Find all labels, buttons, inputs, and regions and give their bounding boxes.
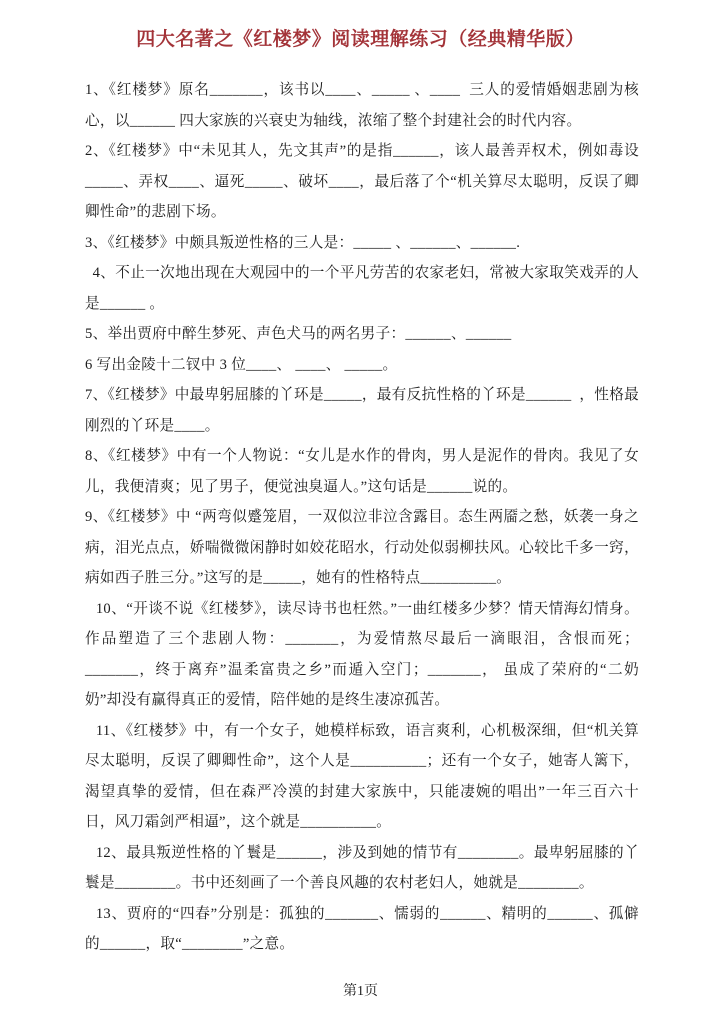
question-10: 10、“开谈不说《红楼梦》，读尽诗书也枉然。”一曲红楼多少梦？情天情海幻情身。作… (85, 594, 639, 716)
document-title: 四大名著之《红楼梦》阅读理解练习（经典精华版） (0, 0, 721, 51)
question-11: 11、《红楼梦》中，有一个女子，她模样标致，语言爽利，心机极深细，但“机关算尽太… (85, 716, 639, 838)
question-4: 4、不止一次地出现在大观园中的一个平凡劳苦的农家老妇，常被大家取笑戏弄的人是__… (85, 258, 639, 319)
question-6: 6 写出金陵十二钗中 3 位____、 ____、 _____。 (85, 350, 639, 381)
question-3: 3、《红楼梦》中颇具叛逆性格的三人是：_____ 、______、______. (85, 228, 639, 259)
question-9: 9、《红楼梦》中 “两弯似蹙笼眉，一双似泣非泣含露目。态生两靥之愁，妖袭一身之病… (85, 502, 639, 594)
question-2: 2、《红楼梦》中“未见其人，先文其声”的是指______，该人最善弄权术，例如毒… (85, 136, 639, 228)
question-5: 5、举出贾府中醉生梦死、声色犬马的两名男子：______、______ (85, 319, 639, 350)
worksheet-page: 四大名著之《红楼梦》阅读理解练习（经典精华版） 1、《红楼梦》原名_______… (0, 0, 721, 1024)
page-number: 第1页 (0, 980, 721, 1000)
question-12: 12、最具叛逆性格的丫鬟是______，涉及到她的情节有________。最卑躬… (85, 838, 639, 899)
question-7: 7、《红楼梦》中最卑躬屈膝的丫环是_____，最有反抗性格的丫环是______ … (85, 380, 639, 441)
questions-list: 1、《红楼梦》原名_______，该书以____、_____ 、____ 三人的… (0, 51, 721, 960)
question-1: 1、《红楼梦》原名_______，该书以____、_____ 、____ 三人的… (85, 75, 639, 136)
question-8: 8、《红楼梦》中有一个人物说：“女儿是水作的骨肉，男人是泥作的骨肉。我见了女儿，… (85, 441, 639, 502)
question-13: 13、贾府的“四春”分别是：孤独的_______、懦弱的______、精明的__… (85, 899, 639, 960)
